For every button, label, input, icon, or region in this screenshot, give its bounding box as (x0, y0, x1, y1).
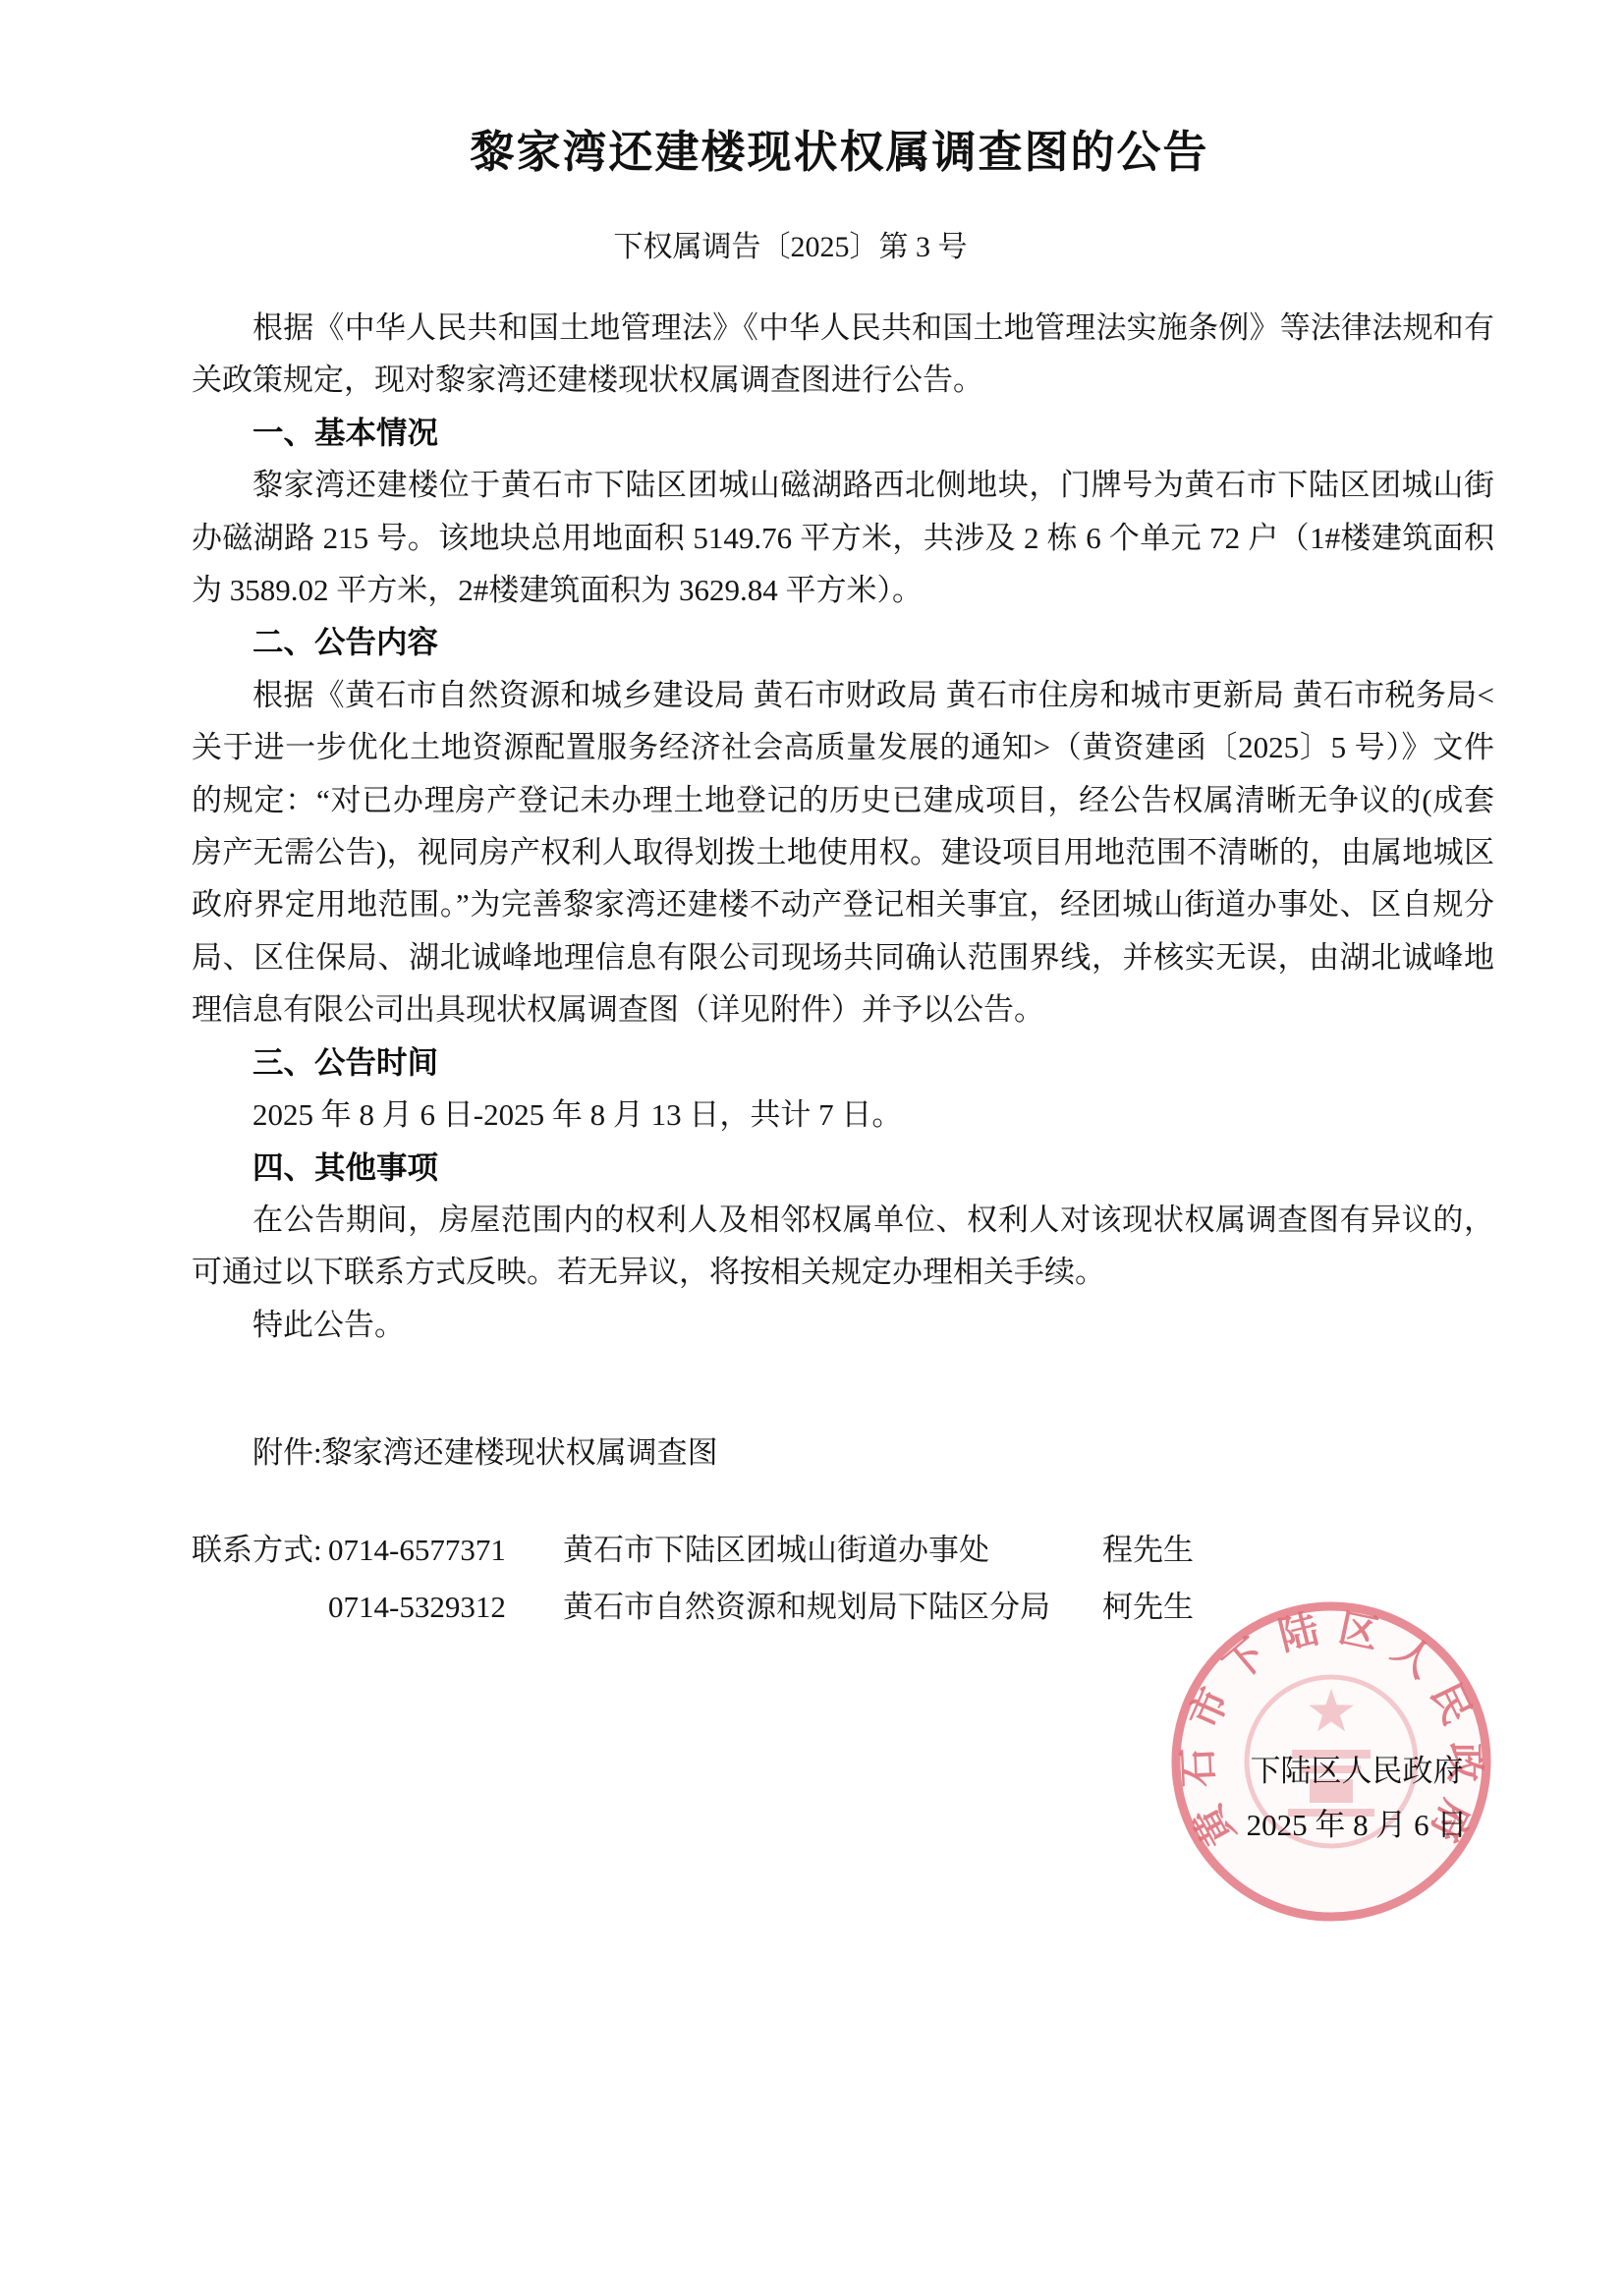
contact-org: 黄石市下陆区团城山街道办事处 (563, 1528, 989, 1573)
section-paragraph: 黎家湾还建楼位于黄石市下陆区团城山磁湖路西北侧地块，门牌号为黄石市下陆区团城山街… (192, 459, 1494, 616)
announcement-page: 黎家湾还建楼现状权属调查图的公告 下权属调告〔2025〕第 3 号 根据《中华人… (0, 0, 1624, 2295)
section-paragraph: 根据《黄石市自然资源和城乡建设局 黄石市财政局 黄石市住房和城市更新局 黄石市税… (192, 669, 1494, 1036)
intro-paragraph: 根据《中华人民共和国土地管理法》《中华人民共和国土地管理法实施条例》等法律法规和… (192, 302, 1494, 407)
contact-person: 程先生 (1102, 1528, 1194, 1573)
document-body: 根据《中华人民共和国土地管理法》《中华人民共和国土地管理法实施条例》等法律法规和… (192, 302, 1494, 1351)
contact-person: 柯先生 (1102, 1585, 1194, 1630)
contact-row: 0714-5329312 黄石市自然资源和规划局下陆区分局 柯先生 (192, 1585, 1567, 1630)
contact-phone: 0714-5329312 (328, 1585, 506, 1630)
signature-block: 下陆区人民政府 2025 年 8 月 6 日 (1223, 1744, 1490, 1852)
contact-label: 联系方式: (192, 1528, 322, 1573)
attachment-line: 附件:黎家湾还建楼现状权属调查图 (192, 1427, 1494, 1479)
document-number: 下权属调告〔2025〕第 3 号 (0, 230, 1602, 265)
section-heading-basic-info: 一、基本情况 (192, 407, 1494, 459)
contact-org: 黄石市自然资源和规划局下陆区分局 (563, 1585, 1050, 1630)
section-heading-announcement-period: 三、公告时间 (192, 1036, 1494, 1089)
closing-line: 特此公告。 (192, 1299, 1494, 1351)
section-heading-announcement-content: 二、公告内容 (192, 616, 1494, 668)
section-paragraph: 在公告期间，房屋范围内的权利人及相邻权属单位、权利人对该现状权属调查图有异议的，… (192, 1194, 1494, 1299)
section-heading-other-matters: 四、其他事项 (192, 1142, 1494, 1194)
page-title: 黎家湾还建楼现状权属调查图的公告 (28, 128, 1624, 177)
signature-org: 下陆区人民政府 (1223, 1744, 1490, 1798)
contact-phone: 0714-6577371 (328, 1528, 506, 1573)
contact-row: 联系方式: 0714-6577371 黄石市下陆区团城山街道办事处 程先生 (192, 1528, 1567, 1573)
section-paragraph: 2025 年 8 月 6 日-2025 年 8 月 13 日，共计 7 日。 (192, 1089, 1494, 1141)
signature-date: 2025 年 8 月 6 日 (1223, 1798, 1490, 1852)
